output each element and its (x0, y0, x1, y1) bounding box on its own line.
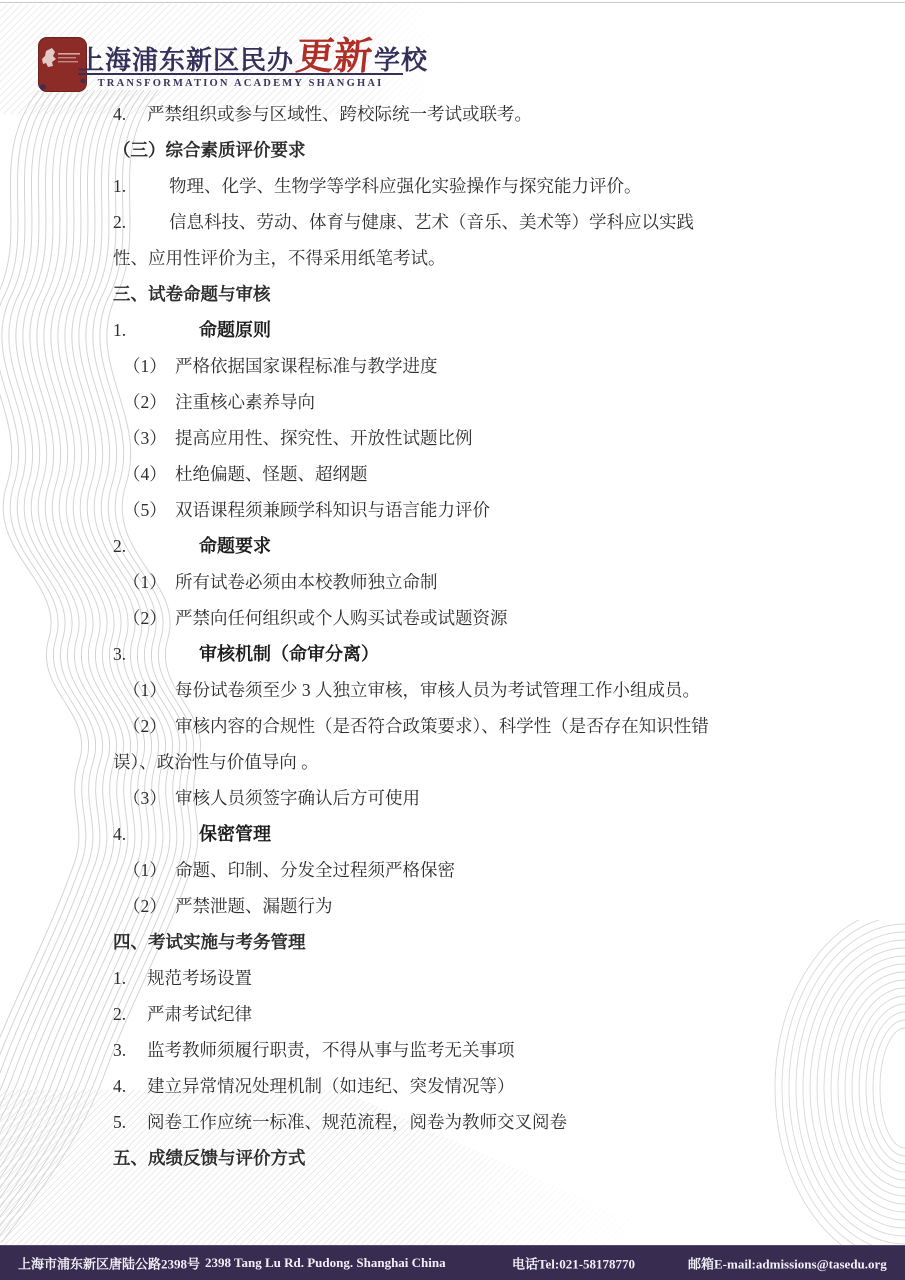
doc-text: 物理、化学、生物学等学科应强化实验操作与探究能力评价。 (169, 176, 642, 196)
doc-line: （1）每份试卷须至少 3 人独立审核，审核人员为考试管理工作小组成员。 (113, 672, 857, 708)
title-underline (78, 73, 403, 75)
footer-email: 邮箱E-mail:admissions@tasedu.org (688, 1254, 887, 1273)
doc-line: （2）注重核心素养导向 (113, 384, 857, 420)
list-marker: （3） (123, 420, 175, 456)
doc-line: 4.严禁组织或参与区域性、跨校际统一考试或联考。 (113, 96, 857, 132)
doc-line: 四、考试实施与考务管理 (113, 924, 857, 960)
list-marker: （1） (123, 852, 175, 888)
list-marker: （2） (123, 384, 175, 420)
doc-text-continuation: 误）、政治性与价值导向 。 (113, 744, 857, 780)
list-marker: （2） (123, 600, 175, 636)
doc-text: 监考教师须履行职责，不得从事与监考无关事项 (147, 1040, 515, 1060)
doc-line: 3.监考教师须履行职责，不得从事与监考无关事项 (113, 1032, 857, 1068)
list-marker: 2. (113, 528, 199, 564)
page-footer: 上海市浦东新区唐陆公路2398号 2398 Tang Lu Rd. Pudong… (0, 1245, 905, 1280)
school-name-highlight: 更新 (292, 38, 376, 76)
list-marker: 1. (113, 168, 169, 204)
doc-text: 信息科技、劳动、体育与健康、艺术（音乐、美术等）学科应以实践 (169, 212, 694, 232)
footer-address-en: 2398 Tang Lu Rd. Pudong. Shanghai China (205, 1255, 446, 1271)
doc-line: （4）杜绝偏题、怪题、超纲题 (113, 456, 857, 492)
doc-line: 3.审核机制（命审分离） (113, 636, 857, 672)
list-marker: 4. (113, 1068, 147, 1104)
doc-line: （2）审核内容的合规性（是否符合政策要求）、科学性（是否存在知识性错误）、政治性… (113, 708, 857, 780)
list-marker: （5） (123, 492, 175, 528)
list-marker: （2） (123, 888, 175, 924)
doc-text: 每份试卷须至少 3 人独立审核，审核人员为考试管理工作小组成员。 (175, 680, 700, 700)
school-name: 上海浦东新区民办更新学校 (78, 38, 428, 77)
school-name-english: TRANSFORMATION ACADEMY SHANGHAI (78, 78, 403, 89)
list-marker: （3） (123, 780, 175, 816)
doc-text: 三、试卷命题与审核 (113, 284, 271, 304)
doc-text: 保密管理 (199, 824, 271, 844)
doc-line: （3）提高应用性、探究性、开放性试题比例 (113, 420, 857, 456)
doc-line: 三、试卷命题与审核 (113, 276, 857, 312)
list-marker: 5. (113, 1104, 147, 1140)
doc-line: （5）双语课程须兼顾学科知识与语言能力评价 (113, 492, 857, 528)
list-marker: 1. (113, 312, 199, 348)
footer-address-cn: 上海市浦东新区唐陆公路2398号 (18, 1254, 200, 1273)
doc-line: （3）审核人员须签字确认后方可使用 (113, 780, 857, 816)
doc-text: 五、成绩反馈与评价方式 (113, 1148, 306, 1168)
school-name-prefix: 上海浦东新区民办 (78, 40, 294, 77)
doc-text: 杜绝偏题、怪题、超纲题 (175, 464, 368, 484)
doc-line: 1.规范考场设置 (113, 960, 857, 996)
doc-line: 2.信息科技、劳动、体育与健康、艺术（音乐、美术等）学科应以实践性、应用性评价为… (113, 204, 857, 276)
list-marker: 1. (113, 960, 147, 996)
doc-text: 命题、印制、分发全过程须严格保密 (175, 860, 455, 880)
doc-line: （2）严禁泄题、漏题行为 (113, 888, 857, 924)
footer-phone: 电话Tel:021-58178770 (512, 1254, 635, 1273)
doc-line: 2.命题要求 (113, 528, 857, 564)
doc-text: 命题要求 (199, 536, 271, 556)
doc-text: 严肃考试纪律 (147, 1004, 252, 1024)
doc-line: 1.命题原则 (113, 312, 857, 348)
doc-text: 所有试卷必须由本校教师独立命制 (175, 572, 438, 592)
doc-text: 审核机制（命审分离） (199, 644, 379, 664)
list-marker: （1） (123, 672, 175, 708)
doc-text: 阅卷工作应统一标准、规范流程，阅卷为教师交叉阅卷 (147, 1112, 567, 1132)
list-marker: 4. (113, 816, 199, 852)
doc-text: 提高应用性、探究性、开放性试题比例 (175, 428, 473, 448)
doc-text-continuation: 性、应用性评价为主，不得采用纸笔考试。 (113, 240, 857, 276)
doc-text: 注重核心素养导向 (175, 392, 315, 412)
doc-text: 命题原则 (199, 320, 271, 340)
doc-line: （2）严禁向任何组织或个人购买试卷或试题资源 (113, 600, 857, 636)
doc-line: 4.建立异常情况处理机制（如违纪、突发情况等） (113, 1068, 857, 1104)
doc-text: 严禁组织或参与区域性、跨校际统一考试或联考。 (147, 104, 532, 124)
list-marker: 2. (113, 204, 169, 240)
list-marker: （1） (123, 348, 175, 384)
doc-text: 严禁向任何组织或个人购买试卷或试题资源 (175, 608, 508, 628)
doc-text: 审核人员须签字确认后方可使用 (175, 788, 420, 808)
list-marker: 3. (113, 636, 199, 672)
doc-text: 双语课程须兼顾学科知识与语言能力评价 (175, 500, 490, 520)
doc-text: （三）综合素质评价要求 (113, 140, 306, 160)
doc-text: 严格依据国家课程标准与教学进度 (175, 356, 438, 376)
doc-line: （1）所有试卷必须由本校教师独立命制 (113, 564, 857, 600)
doc-line: （1）严格依据国家课程标准与教学进度 (113, 348, 857, 384)
doc-line: 2.严肃考试纪律 (113, 996, 857, 1032)
doc-line: 五、成绩反馈与评价方式 (113, 1140, 857, 1176)
doc-text: 审核内容的合规性（是否符合政策要求）、科学性（是否存在知识性错 (175, 716, 709, 736)
doc-text: 建立异常情况处理机制（如违纪、突发情况等） (147, 1076, 515, 1096)
list-marker: 4. (113, 96, 147, 132)
doc-text: 规范考场设置 (147, 968, 252, 988)
school-name-suffix: 学校 (374, 40, 428, 77)
document-body: 4.严禁组织或参与区域性、跨校际统一考试或联考。（三）综合素质评价要求1.物理、… (113, 96, 857, 1176)
doc-line: （1）命题、印制、分发全过程须严格保密 (113, 852, 857, 888)
list-marker: 3. (113, 1032, 147, 1068)
doc-text: 四、考试实施与考务管理 (113, 932, 306, 952)
list-marker: （1） (123, 564, 175, 600)
list-marker: （4） (123, 456, 175, 492)
doc-line: （三）综合素质评价要求 (113, 132, 857, 168)
list-marker: （2） (123, 708, 175, 744)
doc-line: 1.物理、化学、生物学等学科应强化实验操作与探究能力评价。 (113, 168, 857, 204)
doc-line: 4.保密管理 (113, 816, 857, 852)
list-marker: 2. (113, 996, 147, 1032)
doc-line: 5.阅卷工作应统一标准、规范流程，阅卷为教师交叉阅卷 (113, 1104, 857, 1140)
doc-text: 严禁泄题、漏题行为 (175, 896, 333, 916)
